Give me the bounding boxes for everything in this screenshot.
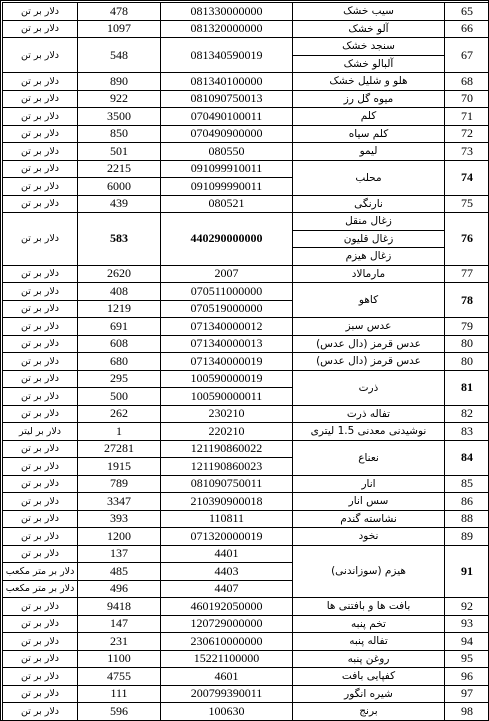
code-cell: 081090750011 [161,475,293,493]
code-cell: 091099910011 [161,160,293,178]
row-number-cell: 74 [445,160,489,195]
code-cell: 210390900018 [161,493,293,511]
row-number-cell: 76 [445,213,489,266]
unit-cell: دلار بر تن [3,440,78,458]
code-cell: 4407 [161,580,293,598]
row-number-cell: 85 [445,475,489,493]
product-name-cell: تخم پنبه [293,615,445,633]
value-cell: 1097 [78,20,161,38]
code-cell: 070511000000 [161,283,293,301]
product-name-cell: عدس سبز [293,318,445,336]
code-cell: 071340000013 [161,335,293,353]
table-row-68: 68هلو و شلیل خشک081340100000890دلار بر ت… [3,73,489,91]
tariff-rate-table: 65سیب خشک081330000000478دلار بر تن66آلو … [2,2,489,721]
code-cell: 4403 [161,563,293,581]
unit-cell: دلار بر تن [3,633,78,651]
value-cell: 393 [78,510,161,528]
table-row-88: 88نشاسته گندم110811393دلار بر تن [3,510,489,528]
row-number-cell: 86 [445,493,489,511]
unit-cell: دلار بر تن [3,353,78,371]
product-name-cell: سس انار [293,493,445,511]
table-row-84-1: 84نعناع12119086002227281دلار بر تن [3,440,489,458]
row-number-cell: 73 [445,143,489,161]
product-name-cell: زغال منقل [293,213,445,231]
value-cell: 137 [78,545,161,563]
code-cell: 070490900000 [161,125,293,143]
row-number-cell: 80 [445,335,489,353]
unit-cell: دلار بر تن [3,703,78,721]
table-row-71: 71کلم0704901000113500دلار بر تن [3,108,489,126]
code-cell: 100590000019 [161,370,293,388]
row-number-cell: 92 [445,598,489,616]
table-row-67-1: 67سنجد خشک081340590019548دلار بر تن [3,38,489,56]
value-cell: 9418 [78,598,161,616]
row-number-cell: 81 [445,370,489,405]
product-name-cell: برنج [293,703,445,721]
value-cell: 27281 [78,440,161,458]
product-name-cell: نشاسته گندم [293,510,445,528]
product-name-cell: کاهو [293,283,445,318]
code-cell: 081340100000 [161,73,293,91]
code-cell: 070490100011 [161,108,293,126]
unit-cell: دلار بر تن [3,90,78,108]
unit-cell: دلار بر لیتر [3,423,78,441]
value-cell: 922 [78,90,161,108]
product-name-cell: نعناع [293,440,445,475]
table-row-76-1: 76زغال منقل440290000000583دلار بر تن [3,213,489,231]
unit-cell: دلار بر تن [3,388,78,406]
product-name-cell: آلبالو خشک [293,55,445,73]
value-cell: 408 [78,283,161,301]
code-cell: 121190860022 [161,440,293,458]
table-row-81-1: 81ذرت100590000019295دلار بر تن [3,370,489,388]
row-number-cell: 95 [445,650,489,668]
value-cell: 548 [78,38,161,73]
product-name-cell: هلو و شلیل خشک [293,73,445,91]
code-cell: 460192050000 [161,598,293,616]
row-number-cell: 97 [445,685,489,703]
row-number-cell: 83 [445,423,489,441]
code-cell: 081330000000 [161,3,293,21]
product-name-cell: زغال هیزم [293,248,445,266]
row-number-cell: 80 [445,353,489,371]
row-number-cell: 93 [445,615,489,633]
product-name-cell: سیب خشک [293,3,445,21]
code-cell: 080550 [161,143,293,161]
code-cell: 071320000019 [161,528,293,546]
table-row-73: 73لیمو080550501دلار بر تن [3,143,489,161]
product-name-cell: میوه گل رز [293,90,445,108]
product-name-cell: عدس قرمز (دال عدس) [293,335,445,353]
product-name-cell: عدس قرمز (دال عدس) [293,353,445,371]
code-cell: 071340000012 [161,318,293,336]
table-row-75: 75نارنگی080521439دلار بر تن [3,195,489,213]
unit-cell: دلار بر تن [3,475,78,493]
table-row-82: 82تفاله ذرت230210262دلار بر تن [3,405,489,423]
row-number-cell: 78 [445,283,489,318]
code-cell: 081320000000 [161,20,293,38]
unit-cell: دلار بر تن [3,318,78,336]
product-name-cell: محلب [293,160,445,195]
product-name-cell: شیره انگور [293,685,445,703]
product-name-cell: ذرت [293,370,445,405]
unit-cell: دلار بر تن [3,545,78,563]
value-cell: 1 [78,423,161,441]
product-name-cell: کلم سیاه [293,125,445,143]
code-cell: 070519000000 [161,300,293,318]
value-cell: 680 [78,353,161,371]
unit-cell: دلار بر تن [3,598,78,616]
code-cell: 100590000011 [161,388,293,406]
row-number-cell: 79 [445,318,489,336]
row-number-cell: 94 [445,633,489,651]
value-cell: 1100 [78,650,161,668]
unit-cell: دلار بر تن [3,650,78,668]
code-cell: 2007 [161,265,293,283]
row-number-cell: 88 [445,510,489,528]
table-row-65: 65سیب خشک081330000000478دلار بر تن [3,3,489,21]
row-number-cell: 82 [445,405,489,423]
table-row-70: 70میوه گل رز081090750013922دلار بر تن [3,90,489,108]
product-name-cell: آلو خشک [293,20,445,38]
code-cell: 081340590019 [161,38,293,73]
table-row-72: 72کلم سیاه070490900000850دلار بر تن [3,125,489,143]
value-cell: 111 [78,685,161,703]
unit-cell: دلار بر تن [3,615,78,633]
value-cell: 2215 [78,160,161,178]
unit-cell: دلار بر تن [3,685,78,703]
unit-cell: دلار بر تن [3,668,78,686]
row-number-cell: 66 [445,20,489,38]
row-number-cell: 70 [445,90,489,108]
unit-cell: دلار بر تن [3,108,78,126]
code-cell: 15221100000 [161,650,293,668]
product-name-cell: سنجد خشک [293,38,445,56]
value-cell: 3347 [78,493,161,511]
code-cell: 230210 [161,405,293,423]
unit-cell: دلار بر تن [3,213,78,266]
unit-cell: دلار بر تن [3,38,78,73]
code-cell: 440290000000 [161,213,293,266]
unit-cell: دلار بر تن [3,458,78,476]
row-number-cell: 71 [445,108,489,126]
code-cell: 4401 [161,545,293,563]
product-name-cell: روغن پنبه [293,650,445,668]
table-row-94: 94تفاله پنبه230610000000231دلار بر تن [3,633,489,651]
unit-cell: دلار بر متر مکعب [3,580,78,598]
product-name-cell: کفپایی بافت [293,668,445,686]
value-cell: 295 [78,370,161,388]
value-cell: 500 [78,388,161,406]
product-name-cell: مارمالاد [293,265,445,283]
product-name-cell: نخود [293,528,445,546]
row-number-cell: 77 [445,265,489,283]
row-number-cell: 75 [445,195,489,213]
product-name-cell: هیزم (سوزاندنی) [293,545,445,598]
table-row-98: 98برنج100630596دلار بر تن [3,703,489,721]
row-number-cell: 98 [445,703,489,721]
unit-cell: دلار بر تن [3,3,78,21]
code-cell: 071340000019 [161,353,293,371]
code-cell: 081090750013 [161,90,293,108]
unit-cell: دلار بر تن [3,265,78,283]
unit-cell: دلار بر تن [3,73,78,91]
unit-cell: دلار بر تن [3,160,78,178]
value-cell: 850 [78,125,161,143]
row-number-cell: 84 [445,440,489,475]
value-cell: 501 [78,143,161,161]
table-row-92: 92بافت ها و بافتنی ها4601920500009418دلا… [3,598,489,616]
code-cell: 200799390011 [161,685,293,703]
table-row-91-1: 91هیزم (سوزاندنی)4401137دلار بر تن [3,545,489,563]
table-row-96: 96کفپایی بافت46014755دلار بر تن [3,668,489,686]
value-cell: 691 [78,318,161,336]
value-cell: 789 [78,475,161,493]
value-cell: 2620 [78,265,161,283]
product-name-cell: بافت ها و بافتنی ها [293,598,445,616]
code-cell: 120729000000 [161,615,293,633]
product-name-cell: تفاله پنبه [293,633,445,651]
row-number-cell: 89 [445,528,489,546]
code-cell: 230610000000 [161,633,293,651]
value-cell: 231 [78,633,161,651]
unit-cell: دلار بر تن [3,125,78,143]
row-number-cell: 65 [445,3,489,21]
value-cell: 3500 [78,108,161,126]
row-number-cell: 72 [445,125,489,143]
table-row-95: 95روغن پنبه152211000001100دلار بر تن [3,650,489,668]
unit-cell: دلار بر تن [3,300,78,318]
table-row-93: 93تخم پنبه120729000000147دلار بر تن [3,615,489,633]
row-number-cell: 67 [445,38,489,73]
product-name-cell: زغال قلیون [293,230,445,248]
unit-cell: دلار بر تن [3,510,78,528]
product-name-cell: نارنگی [293,195,445,213]
table-row-78-1: 78کاهو070511000000408دلار بر تن [3,283,489,301]
code-cell: 080521 [161,195,293,213]
product-name-cell: کلم [293,108,445,126]
code-cell: 100630 [161,703,293,721]
value-cell: 608 [78,335,161,353]
product-name-cell: نوشیدنی معدنی 1.5 لیتری [293,423,445,441]
unit-cell: دلار بر تن [3,335,78,353]
row-number-cell: 96 [445,668,489,686]
unit-cell: دلار بر تن [3,370,78,388]
row-number-cell: 68 [445,73,489,91]
value-cell: 6000 [78,178,161,196]
table-row-77: 77مارمالاد20072620دلار بر تن [3,265,489,283]
unit-cell: دلار بر تن [3,143,78,161]
unit-cell: دلار بر تن [3,178,78,196]
table-row-89: 89نخود0713200000191200دلار بر تن [3,528,489,546]
table-row-66: 66آلو خشک0813200000001097دلار بر تن [3,20,489,38]
unit-cell: دلار بر تن [3,195,78,213]
value-cell: 596 [78,703,161,721]
product-name-cell: تفاله ذرت [293,405,445,423]
value-cell: 1200 [78,528,161,546]
value-cell: 890 [78,73,161,91]
table-row-74-1: 74محلب0910999100112215دلار بر تن [3,160,489,178]
table-row-79: 79عدس سبز071340000012691دلار بر تن [3,318,489,336]
code-cell: 4601 [161,668,293,686]
value-cell: 4755 [78,668,161,686]
unit-cell: دلار بر تن [3,405,78,423]
value-cell: 147 [78,615,161,633]
code-cell: 220210 [161,423,293,441]
unit-cell: دلار بر تن [3,283,78,301]
unit-cell: دلار بر متر مکعب [3,563,78,581]
value-cell: 439 [78,195,161,213]
value-cell: 1219 [78,300,161,318]
table-row-85: 85انار081090750011789دلار بر تن [3,475,489,493]
table-row-80: 80عدس قرمز (دال عدس)071340000013608دلار … [3,335,489,353]
product-name-cell: لیمو [293,143,445,161]
code-cell: 121190860023 [161,458,293,476]
document-sheet: 65سیب خشک081330000000478دلار بر تن66آلو … [0,0,489,721]
unit-cell: دلار بر تن [3,528,78,546]
value-cell: 1915 [78,458,161,476]
table-row-97: 97شیره انگور200799390011111دلار بر تن [3,685,489,703]
unit-cell: دلار بر تن [3,20,78,38]
unit-cell: دلار بر تن [3,493,78,511]
row-number-cell: 91 [445,545,489,598]
rate-table-body: 65سیب خشک081330000000478دلار بر تن66آلو … [3,3,489,721]
value-cell: 583 [78,213,161,266]
value-cell: 262 [78,405,161,423]
product-name-cell: انار [293,475,445,493]
value-cell: 485 [78,563,161,581]
value-cell: 496 [78,580,161,598]
code-cell: 110811 [161,510,293,528]
value-cell: 478 [78,3,161,21]
table-row-83: 83نوشیدنی معدنی 1.5 لیتری2202101دلار بر … [3,423,489,441]
table-row-86: 86سس انار2103909000183347دلار بر تن [3,493,489,511]
code-cell: 091099990011 [161,178,293,196]
table-row-80: 80عدس قرمز (دال عدس)071340000019680دلار … [3,353,489,371]
